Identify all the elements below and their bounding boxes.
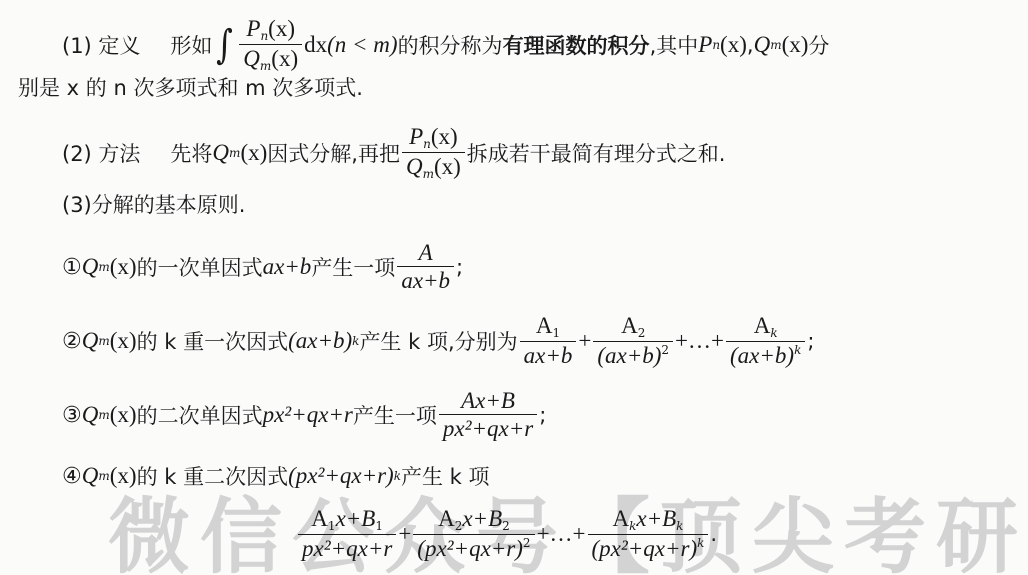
denominator: ax+b xyxy=(524,343,573,368)
rule-1: ① Qm(x) 的一次单因式 ax+b 产生一项 A ax+b ; xyxy=(62,236,463,298)
numerator: Ax+B xyxy=(461,388,515,413)
arg-x: (x) xyxy=(240,140,267,166)
arg-x: (x) xyxy=(434,154,461,179)
sub-m: m xyxy=(423,167,434,181)
denominator: (ax+b) xyxy=(597,343,661,368)
x-plus: x+ xyxy=(636,506,662,531)
sub: 1 xyxy=(375,519,383,533)
numerator: A xyxy=(754,313,771,338)
denominator: (px²+qx+r) xyxy=(417,536,523,561)
arg-x: (x) xyxy=(268,16,295,41)
Q-symbol: Q xyxy=(754,32,771,58)
denominator: (ax+b) xyxy=(730,343,794,368)
partial-fraction-k: Ak (ax+b)k xyxy=(726,313,805,370)
section-1-definition: (1) 定义 形如 ∫ Pn(x) Qm(x) dx (n < m) 的积分称为… xyxy=(62,12,829,78)
bold-term: 有理函数的积分 xyxy=(503,30,650,60)
comma: , xyxy=(747,33,754,57)
rule-4: ④ Qm(x) 的 k 重二次因式 (px²+qx+r)k 产生 k 项 xyxy=(62,458,490,494)
plus: + xyxy=(578,328,591,354)
quadratic-factor-power: (px²+qx+r) xyxy=(288,463,394,489)
section-2-method: (2) 方法 先将 Qm(x) 因式分解,再把 Pn(x) Qm(x) 拆成若干… xyxy=(62,120,725,186)
method-text-1: 先将 xyxy=(170,138,212,168)
Q-symbol: Q xyxy=(82,254,99,280)
P-symbol: P xyxy=(698,32,712,58)
numerator: A xyxy=(536,313,553,338)
sub: 1 xyxy=(328,519,336,533)
ellipsis: +…+ xyxy=(675,328,724,354)
semicolon: ; xyxy=(539,403,546,427)
method-text-3: 拆成若干最简有理分式之和. xyxy=(467,138,726,168)
partial-fraction-2: A2 (ax+b)2 xyxy=(593,313,673,370)
definition-tail: 分 xyxy=(808,30,829,60)
sub: 2 xyxy=(638,326,646,340)
partial-fraction: Ax+B px²+qx+r xyxy=(439,388,537,443)
exponent: k xyxy=(794,343,801,357)
section-3-heading: (3)分解的基本原则. xyxy=(62,187,245,221)
numerator: A xyxy=(621,313,638,338)
x-plus: x+ xyxy=(336,506,362,531)
exponent-k: k xyxy=(352,334,359,348)
exponent-k: k xyxy=(394,469,401,483)
ellipsis: +…+ xyxy=(537,521,586,547)
rule-marker-3: ③ xyxy=(62,403,82,428)
rule-text: 的一次单因式 xyxy=(137,252,263,282)
rule-text: 的二次单因式 xyxy=(137,400,263,430)
B: B xyxy=(662,506,676,531)
sub: 1 xyxy=(552,326,560,340)
sub-n: n xyxy=(260,29,268,43)
quadratic-fraction-1: A1x+B1 px²+qx+r xyxy=(298,506,396,563)
A: A xyxy=(612,506,629,531)
A: A xyxy=(311,506,328,531)
exponent: k xyxy=(697,536,704,550)
rule-4-expansion: A1x+B1 px²+qx+r + A2x+B2 (px²+qx+r)2 +…+… xyxy=(296,500,717,568)
method-fraction: Pn(x) Qm(x) xyxy=(402,124,465,182)
dx: dx xyxy=(304,32,327,58)
rule-text: 的 k 重二次因式 xyxy=(137,461,289,491)
B: B xyxy=(361,506,375,531)
sub-m: m xyxy=(98,334,109,348)
section-2-label: (2) 方法 xyxy=(62,138,140,168)
sub: 2 xyxy=(502,519,510,533)
denominator-Q: Q xyxy=(243,46,260,71)
definition-text-mid: 的积分称为 xyxy=(398,30,503,60)
quadratic-fraction-2: A2x+B2 (px²+qx+r)2 xyxy=(413,506,534,563)
rule-text-2: 产生一项 xyxy=(311,252,395,282)
rule-text-2: 产生 k 项 xyxy=(401,461,490,491)
numerator-P: P xyxy=(246,16,260,41)
plus: + xyxy=(398,521,411,547)
section-1-line-2: 别是 x 的 n 次多项式和 m 次多项式. xyxy=(18,70,363,104)
rule-text-2: 产生一项 xyxy=(353,400,437,430)
denominator: px²+qx+r xyxy=(443,416,533,441)
document-page: 微信公众号【顶尖考研】 (1) 定义 形如 ∫ Pn(x) Qm(x) dx (… xyxy=(0,0,1028,575)
condition: (n < m) xyxy=(327,32,397,58)
rule-text: 的 k 重一次因式 xyxy=(137,326,289,356)
partial-fraction-1: A1 ax+b xyxy=(520,313,577,370)
semicolon: ; xyxy=(456,255,463,279)
rule-marker-2: ② xyxy=(62,329,82,354)
period: . xyxy=(710,522,717,546)
Q-symbol: Q xyxy=(82,402,99,428)
rule-text-2: 产生 k 项,分别为 xyxy=(359,326,517,356)
sub-m: m xyxy=(229,146,240,160)
quadratic-factor: px²+qx+r xyxy=(263,402,353,428)
arg-x: (x) xyxy=(271,46,298,71)
definition-text: 形如 xyxy=(170,30,212,60)
exponent: 2 xyxy=(661,343,669,357)
sub-m: m xyxy=(98,260,109,274)
rule-2: ② Qm(x) 的 k 重一次因式 (ax+b)k 产生 k 项,分别为 A1 … xyxy=(62,308,814,374)
denominator-Q: Q xyxy=(406,154,423,179)
sub-n: n xyxy=(423,137,431,151)
sub-m: m xyxy=(98,408,109,422)
method-text-2: 因式分解,再把 xyxy=(267,138,400,168)
partial-fraction: A ax+b xyxy=(397,240,454,295)
denominator: (px²+qx+r) xyxy=(592,536,698,561)
B: B xyxy=(488,506,502,531)
Q-symbol: Q xyxy=(82,463,99,489)
denominator: ax+b xyxy=(401,268,450,293)
A: A xyxy=(438,506,455,531)
sub-m: m xyxy=(770,38,781,52)
arg-x: (x) xyxy=(110,328,137,354)
arg-x: (x) xyxy=(782,32,809,58)
sub: k xyxy=(770,326,777,340)
arg-x: (x) xyxy=(110,402,137,428)
numerator-P: P xyxy=(409,124,423,149)
Q-symbol: Q xyxy=(82,328,99,354)
Q-symbol: Q xyxy=(212,140,229,166)
rule-marker-4: ④ xyxy=(62,464,82,489)
section-1-label: (1) 定义 xyxy=(62,30,140,60)
x-plus: x+ xyxy=(462,506,488,531)
sub-m: m xyxy=(98,469,109,483)
denominator: px²+qx+r xyxy=(302,536,392,561)
arg-x: (x) xyxy=(431,124,458,149)
definition-text-after: ,其中 xyxy=(650,30,699,60)
quadratic-fraction-k: Akx+Bk (px²+qx+r)k xyxy=(588,506,709,563)
numerator: A xyxy=(419,240,433,265)
integrand-fraction: Pn(x) Qm(x) xyxy=(239,16,302,74)
linear-factor: ax+b xyxy=(263,254,312,280)
integral-sign: ∫ xyxy=(217,25,234,65)
sub-n: n xyxy=(712,38,720,52)
arg-x: (x) xyxy=(110,254,137,280)
linear-factor-power: (ax+b) xyxy=(288,328,352,354)
rule-3: ③ Qm(x) 的二次单因式 px²+qx+r 产生一项 Ax+B px²+qx… xyxy=(62,382,546,448)
arg-x: (x) xyxy=(720,32,747,58)
rule-marker-1: ① xyxy=(62,255,82,280)
arg-x: (x) xyxy=(110,463,137,489)
semicolon: ; xyxy=(807,329,814,353)
sub: k xyxy=(676,519,683,533)
exponent: 2 xyxy=(523,536,531,550)
